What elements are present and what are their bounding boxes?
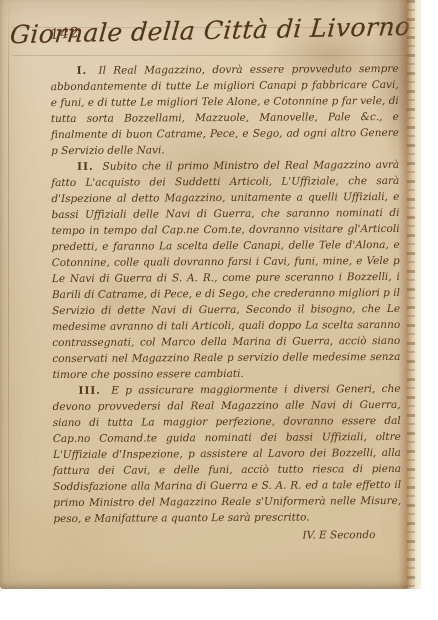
manuscript-page: 142 Giornale della Città di Livorno I. I… (0, 0, 421, 589)
paragraph-3-numeral: III. (78, 385, 104, 397)
title-rule-bottom (12, 55, 408, 56)
manuscript-body: I. Il Real Magazzino, dovrà essere provv… (51, 61, 402, 545)
paragraph-1: I. Il Real Magazzino, dovrà essere provv… (51, 61, 400, 159)
paragraph-2-text: Subito che il primo Ministro del Real Ma… (51, 159, 400, 381)
paragraph-2: II. Subito che il primo Ministro del Rea… (51, 157, 400, 383)
page-title: Giornale della Città di Livorno (9, 12, 412, 49)
catchword: IV. E Secondo (53, 527, 401, 545)
paragraph-3-text: E p assicurare maggiormente i diversi Ge… (53, 383, 402, 525)
paragraph-3: III. E p assicurare maggiormente i diver… (52, 381, 401, 527)
binding-edge (398, 0, 421, 589)
title-row: Giornale della Città di Livorno (0, 16, 421, 45)
paragraph-1-numeral: I. (77, 65, 92, 77)
paragraph-1-text: Il Real Magazzino, dovrà essere provvedu… (51, 63, 399, 157)
paragraph-2-numeral: II. (77, 161, 98, 173)
page-fold-line (8, 0, 9, 589)
manuscript-scan: 142 Giornale della Città di Livorno I. I… (0, 0, 438, 620)
